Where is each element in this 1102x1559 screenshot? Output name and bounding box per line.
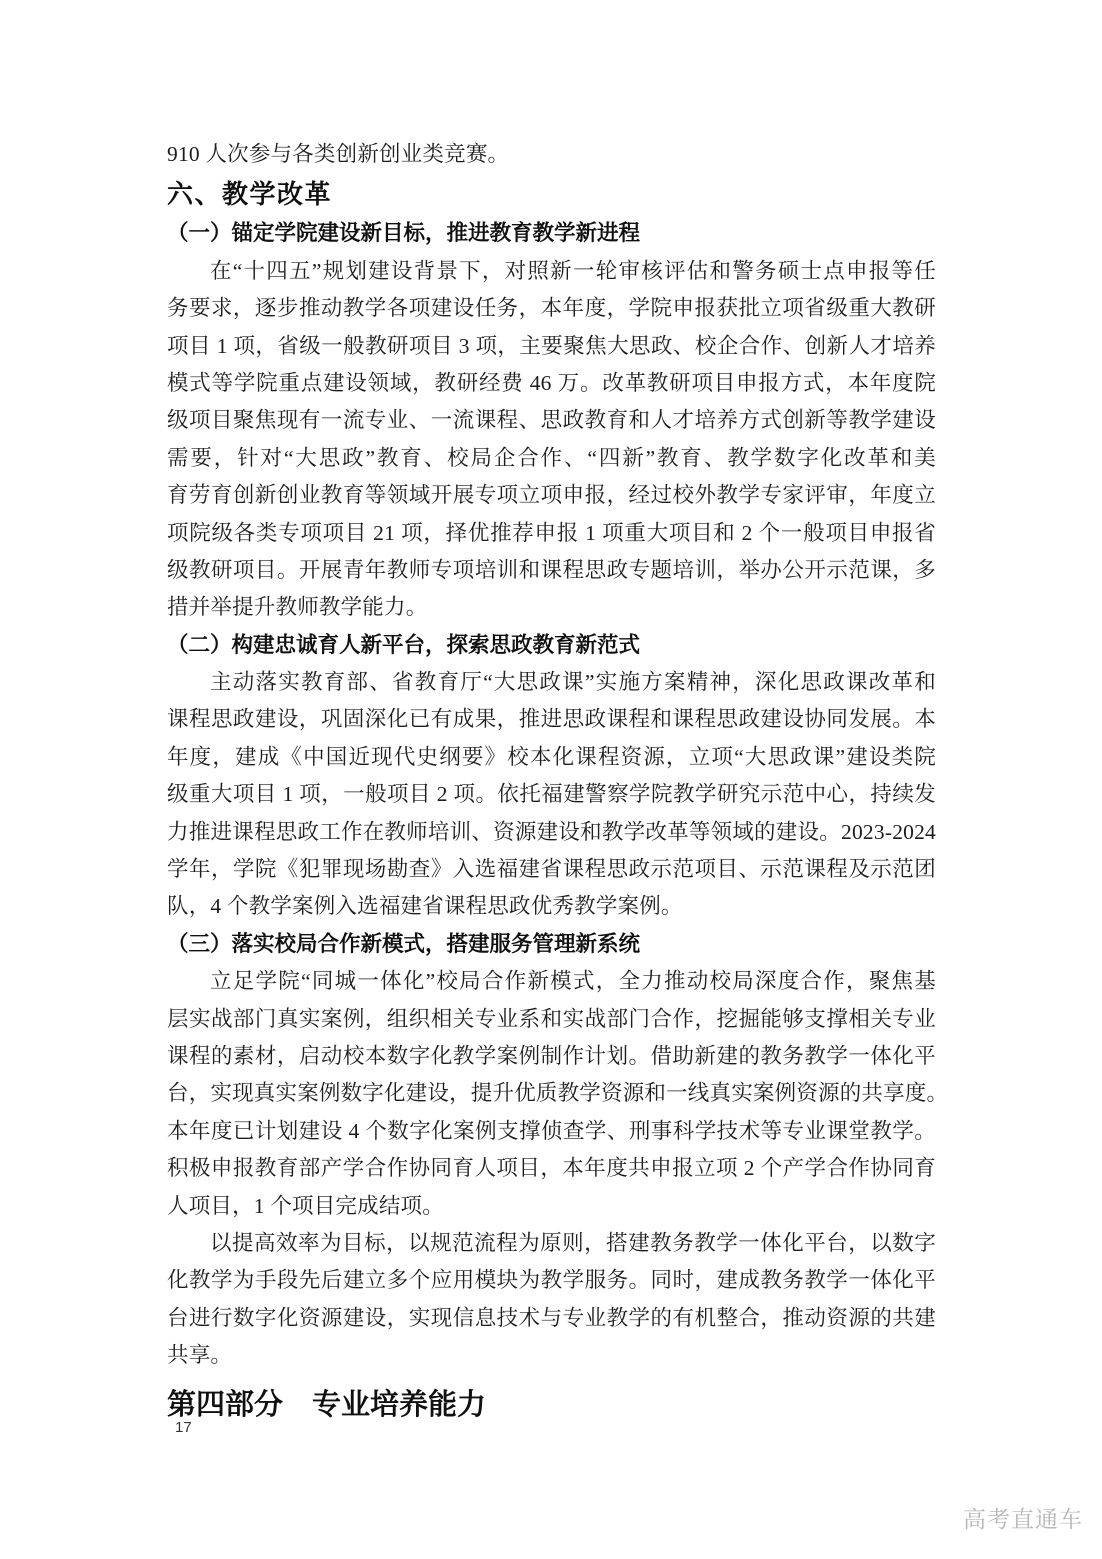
section-heading: 六、教学改革 xyxy=(167,173,936,215)
paragraph-2-line: 年度，建成《中国近现代史纲要》校本化课程资源，立项“大思政课”建设类院 xyxy=(167,739,936,776)
paragraph-1-line: 级教研项目。开展青年教师专项培训和课程思政专题培训，举办公开示范课，多 xyxy=(167,552,936,589)
paragraph-1-line: 在“十四五”规划建设背景下，对照新一轮审核评估和警务硕士点申报等任 xyxy=(167,253,936,290)
paragraph-1-line: 务要求，逐步推动教学各项建设任务，本年度，学院申报获批立项省级重大教研 xyxy=(167,290,936,327)
paragraph-2-line: 力推进课程思政工作在教师培训、资源建设和教学改革等领域的建设。2023-2024 xyxy=(167,814,936,851)
paragraph-1-line: 需要，针对“大思政”教育、校局企合作、“四新”教育、教学数字化改革和美 xyxy=(167,440,936,477)
paragraph-3-line: 层实战部门真实案例，组织相关专业系和实战部门合作，挖掘能够支撑相关专业 xyxy=(167,1001,936,1038)
paragraph-3-line: 台，实现真实案例数字化建设，提升优质教学资源和一线真实案例资源的共享度。 xyxy=(167,1075,936,1112)
paragraph-2-line: 学年，学院《犯罪现场勘查》入选福建省课程思政示范项目、示范课程及示范团 xyxy=(167,851,936,888)
paragraph-1-line: 项目 1 项，省级一般教研项目 3 项，主要聚焦大思政、校企合作、创新人才培养 xyxy=(167,328,936,365)
paragraph-3-line: 本年度已计划建设 4 个数字化案例支撑侦查学、刑事科学技术等专业课堂教学。 xyxy=(167,1113,936,1150)
paragraph-4-line: 台进行数字化资源建设，实现信息技术与专业教学的有机整合，推动资源的共建 xyxy=(167,1300,936,1337)
paragraph-3-line: 人项目，1 个项目完成结项。 xyxy=(167,1188,936,1225)
page-number: 17 xyxy=(175,1419,192,1436)
paragraph-2-line: 主动落实教育部、省教育厅“大思政课”实施方案精神，深化思政课改革和 xyxy=(167,664,936,701)
paragraph-1-line: 育劳育创新创业教育等领域开展专项立项申报，经过校外教学专家评审，年度立 xyxy=(167,477,936,514)
paragraph-1-line: 措并举提升教师教学能力。 xyxy=(167,589,936,626)
paragraph-continuation-line: 910 人次参与各类创新创业类竞赛。 xyxy=(167,136,936,173)
subsection-heading-2: （二）构建忠诚育人新平台，探索思政教育新范式 xyxy=(167,627,936,664)
part-heading: 第四部分 专业培养能力 xyxy=(167,1381,936,1429)
paragraph-2-line: 队，4 个教学案例入选福建省课程思政优秀教学案例。 xyxy=(167,888,936,925)
paragraph-2-line: 课程思政建设，巩固深化已有成果，推进思政课程和课程思政建设协同发展。本 xyxy=(167,701,936,738)
paragraph-4-line: 以提高效率为目标，以规范流程为原则，搭建教务教学一体化平台，以数字 xyxy=(167,1225,936,1262)
paragraph-1-line: 模式等学院重点建设领域，教研经费 46 万。改革教研项目申报方式，本年度院 xyxy=(167,365,936,402)
paragraph-3-line: 课程的素材，启动校本数字化教学案例制作计划。借助新建的教务教学一体化平 xyxy=(167,1038,936,1075)
subsection-heading-1: （一）锚定学院建设新目标，推进教育教学新进程 xyxy=(167,215,936,252)
subsection-heading-3: （三）落实校局合作新模式，搭建服务管理新系统 xyxy=(167,926,936,963)
paragraph-4-line: 化教学为手段先后建立多个应用模块为教学服务。同时，建成教务教学一体化平 xyxy=(167,1262,936,1299)
document-body: 910 人次参与各类创新创业类竞赛。六、教学改革（一）锚定学院建设新目标，推进教… xyxy=(167,136,936,1429)
document-page: 910 人次参与各类创新创业类竞赛。六、教学改革（一）锚定学院建设新目标，推进教… xyxy=(0,0,1102,1559)
paragraph-1-line: 项院级各类专项项目 21 项，择优推荐申报 1 项重大项目和 2 个一般项目申报… xyxy=(167,515,936,552)
paragraph-3-line: 立足学院“同城一体化”校局合作新模式，全力推动校局深度合作，聚焦基 xyxy=(167,963,936,1000)
watermark-text: 高考直通车 xyxy=(963,1501,1083,1534)
paragraph-1-line: 级项目聚焦现有一流专业、一流课程、思政教育和人才培养方式创新等教学建设 xyxy=(167,402,936,439)
paragraph-3-line: 积极申报教育部产学合作协同育人项目，本年度共申报立项 2 个产学合作协同育 xyxy=(167,1150,936,1187)
paragraph-2-line: 级重大项目 1 项，一般项目 2 项。依托福建警察学院教学研究示范中心，持续发 xyxy=(167,776,936,813)
paragraph-4-line: 共享。 xyxy=(167,1337,936,1374)
